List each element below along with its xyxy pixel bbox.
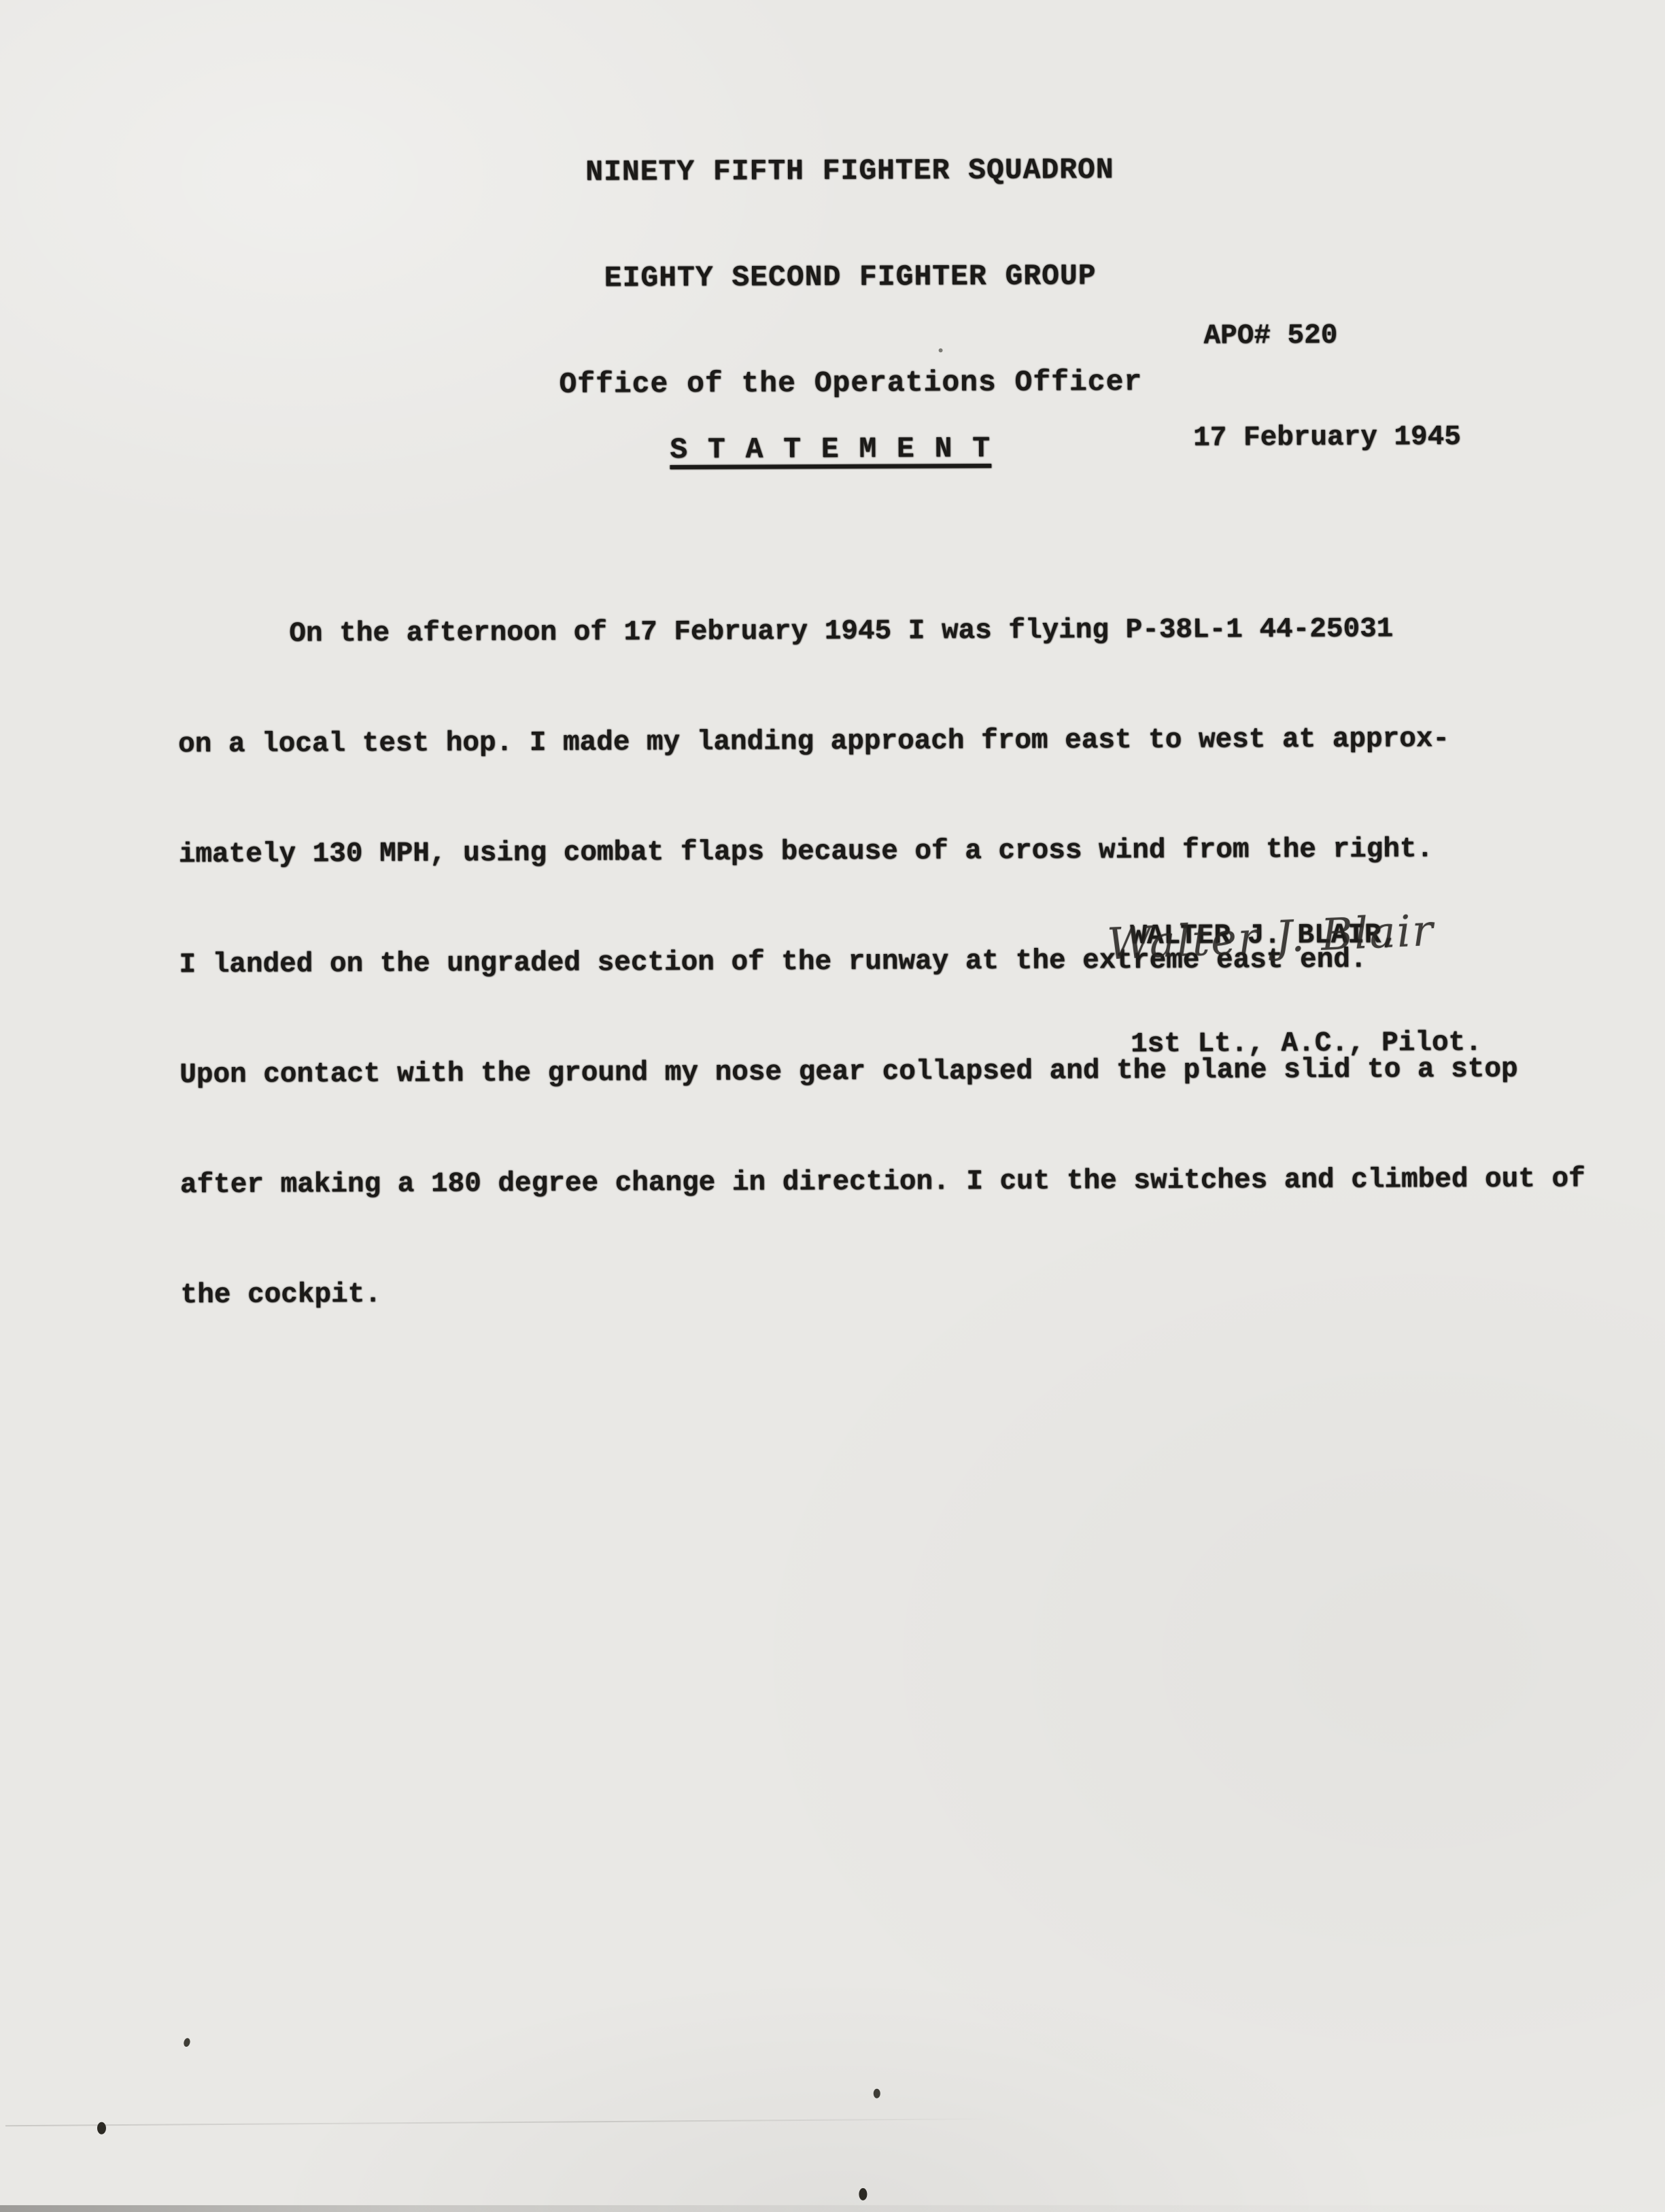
dateline: APO# 520 17 February 1945 — [1192, 250, 1461, 524]
letterhead-line-squadron: NINETY FIFTH FIGHTER SQUADRON — [17, 150, 1665, 193]
scan-content: NINETY FIFTH FIGHTER SQUADRON EIGHTY SEC… — [0, 0, 1665, 2212]
paper-speck — [859, 2188, 867, 2200]
signature-block: WALTER J. BLAIR, 1st Lt., A.C., Pilot. — [1130, 845, 1483, 1135]
typed-rank: 1st Lt., A.C., Pilot. — [1131, 1025, 1482, 1063]
body-line: On the afternoon of 17 February 1945 I w… — [177, 610, 1632, 653]
body-line: after making a 180 degree change in dire… — [180, 1161, 1635, 1204]
body-line: on a local test hop. I made my landing a… — [178, 720, 1633, 763]
scan-bottom-edge — [0, 2205, 1665, 2212]
apo-number: APO# 520 — [1192, 318, 1460, 354]
document-page: NINETY FIFTH FIGHTER SQUADRON EIGHTY SEC… — [0, 0, 1665, 2212]
paper-speck — [183, 2037, 191, 2047]
paper-speck — [874, 2089, 880, 2098]
paper-speck — [939, 348, 943, 352]
body-line: the cockpit. — [181, 1271, 1636, 1314]
paper-scratch — [5, 2118, 991, 2126]
